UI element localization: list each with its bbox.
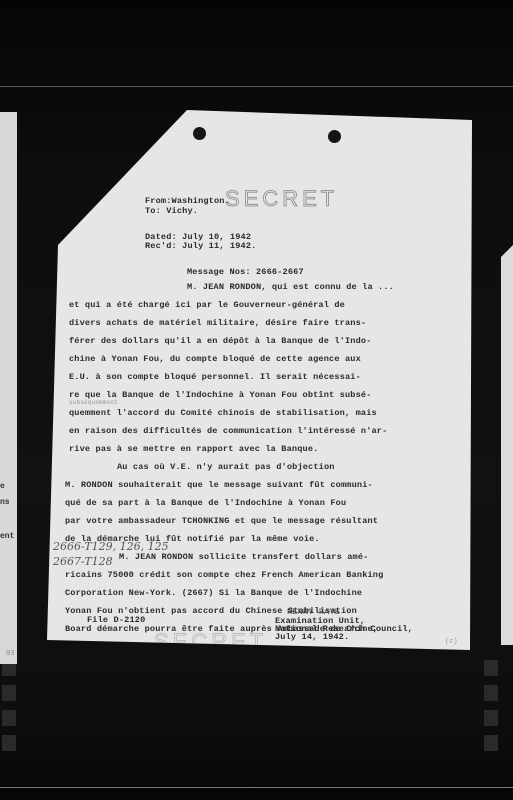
film-edge-line xyxy=(0,787,513,788)
body-line: ricains 75000 crédit son compte chez Fre… xyxy=(65,570,383,580)
body-line: par votre ambassadeur TCHONKING et que l… xyxy=(65,516,378,526)
sprocket-hole xyxy=(2,685,16,701)
punch-hole xyxy=(193,127,206,140)
body-line: Corporation New-York. (2667) Si la Banqu… xyxy=(65,588,362,598)
previous-page-number: 93 xyxy=(6,650,14,658)
sprocket-hole xyxy=(484,735,498,751)
sprocket-hole xyxy=(484,685,498,701)
body-line: Yonan Fou n'obtient pas accord du Chines… xyxy=(65,606,357,616)
body-line: en raison des difficultés de communicati… xyxy=(69,426,387,436)
sprocket-hole xyxy=(484,710,498,726)
body-line: férer des dollars qu'il a en dépôt à la … xyxy=(69,336,372,346)
body-line: M. JEAN RONDON, qui est connu de la ... xyxy=(187,282,394,292)
right-sprocket-strip xyxy=(484,220,498,750)
received-field: Rec'd: July 11, 1942. xyxy=(145,241,256,251)
next-page-fragment xyxy=(501,245,513,645)
previous-page-fragment: e ns ent 93 xyxy=(0,112,17,664)
body-line: et qui a été chargé ici par le Gouverneu… xyxy=(69,300,345,310)
body-line: chine à Yonan Fou, du compte bloqué de c… xyxy=(69,354,361,364)
sprocket-hole xyxy=(2,710,16,726)
document-page: From:Washington. To: Vichy. SECRET Dated… xyxy=(47,110,472,650)
body-line: rive pas à se mettre en rapport avec la … xyxy=(69,444,318,454)
from-field: From:Washington. xyxy=(145,196,230,206)
to-field: To: Vichy. xyxy=(145,206,198,216)
secret-stamp-top: SECRET xyxy=(225,186,338,212)
body-line: M. RONDON souhaiterait que le message su… xyxy=(65,480,373,490)
body-line: qué de sa part à la Banque de l'Indochin… xyxy=(65,498,346,508)
body-line: Au cas où V.E. n'y aurait pas d'objectio… xyxy=(117,462,335,472)
previous-page-text: ent xyxy=(0,532,14,541)
body-line: quemment l'accord du Comité chinois de s… xyxy=(69,408,377,418)
body-line: E.U. à son compte bloqué personnel. Il s… xyxy=(69,372,361,382)
sprocket-hole xyxy=(2,735,16,751)
message-numbers: Message Nos: 2666-2667 xyxy=(187,267,304,277)
body-line: divers achats de matériel militaire, dés… xyxy=(69,318,366,328)
body-line: M. JEAN RONDON sollicite transfert dolla… xyxy=(119,552,368,562)
page-corner-mark: (c) xyxy=(445,638,458,646)
handwritten-annotation-line2: 2667-T128 xyxy=(53,555,113,568)
handwritten-annotation-line1: 2666-T129, 126, 125 xyxy=(53,540,169,553)
sprocket-hole xyxy=(484,660,498,676)
punch-hole xyxy=(328,130,341,143)
previous-page-text: e xyxy=(0,482,5,491)
faint-margin-note: subséquemment xyxy=(69,399,118,406)
film-scratch-line xyxy=(0,86,513,87)
previous-page-text: ns xyxy=(0,498,10,507)
